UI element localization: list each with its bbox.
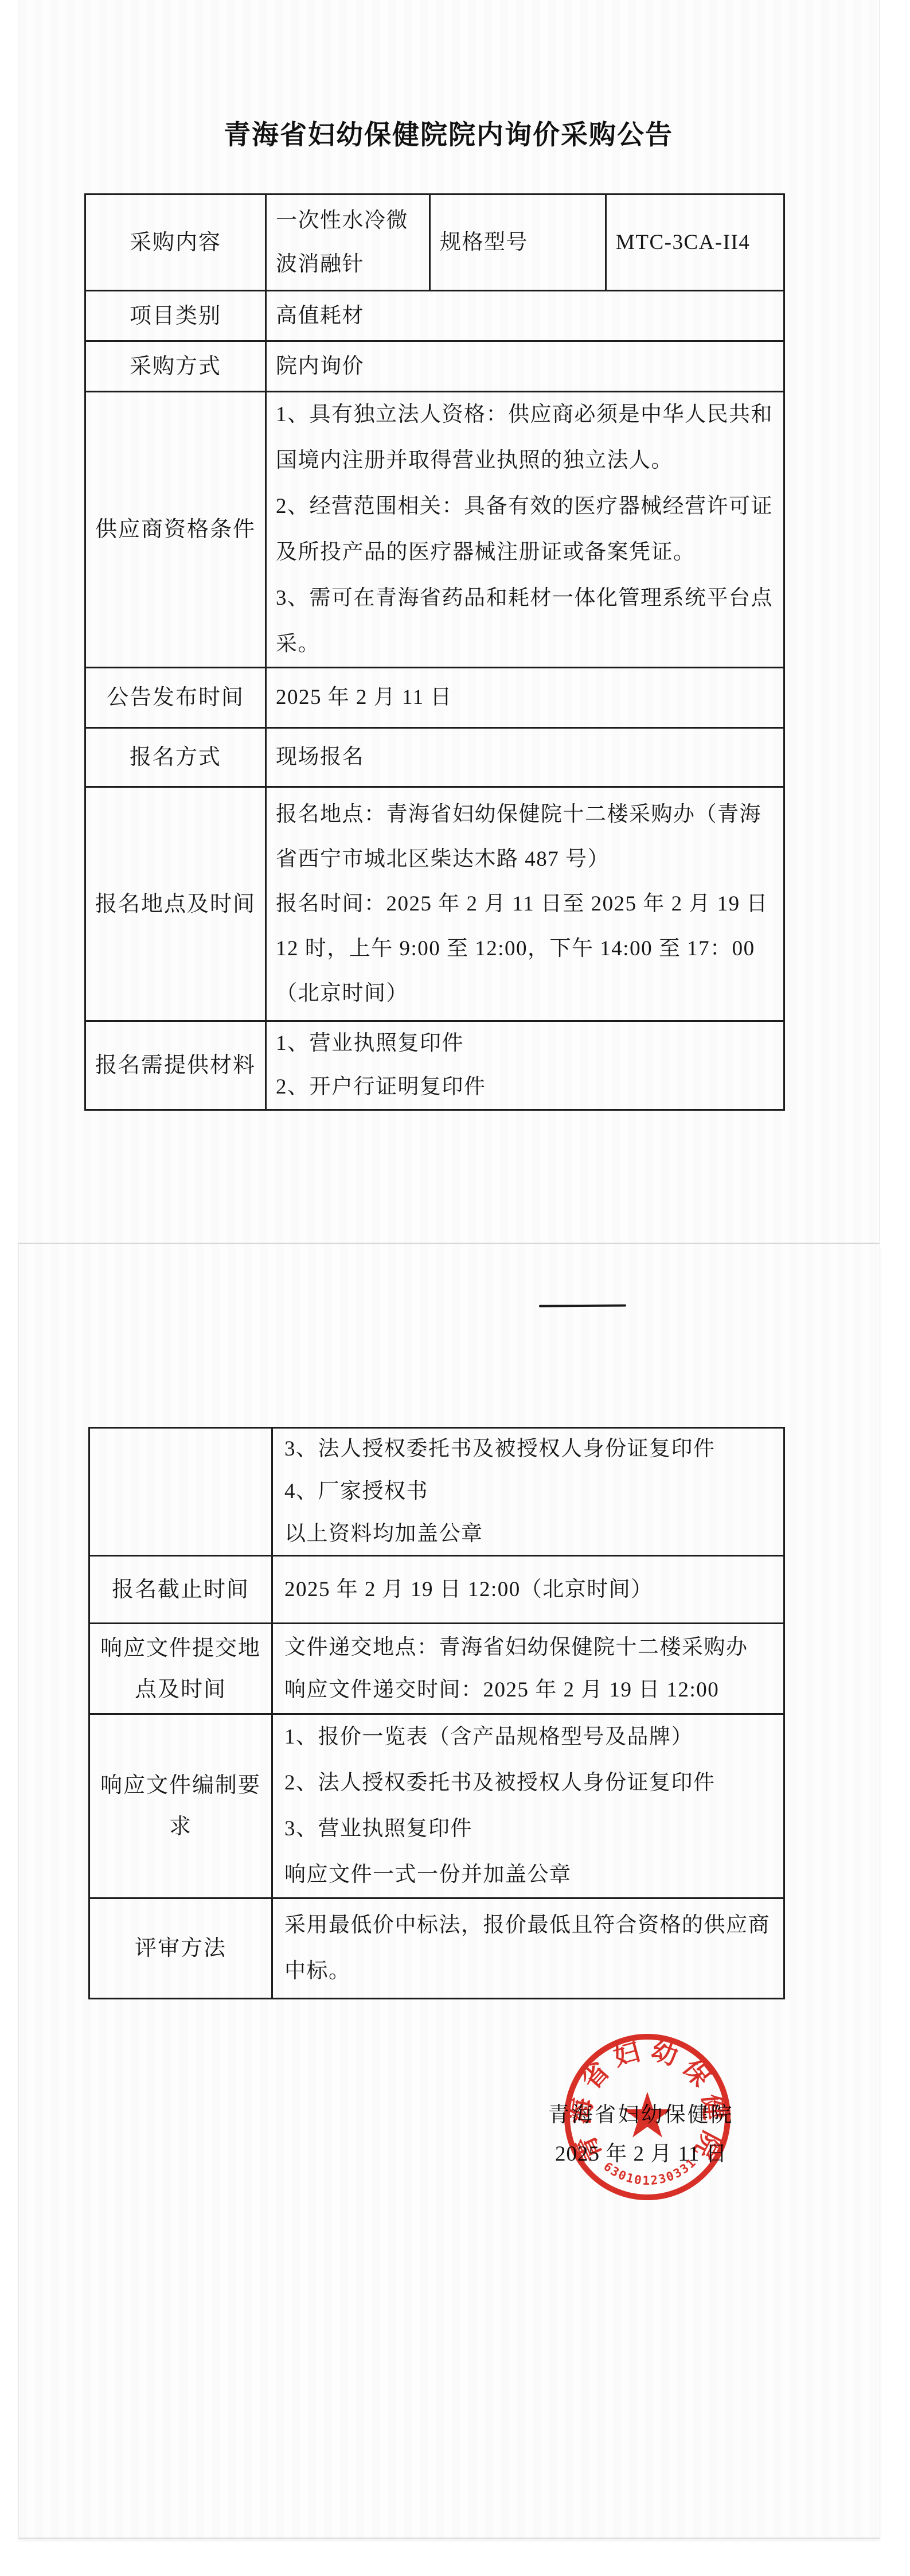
row-value: 采用最低价中标法，报价最低且符合资格的供应商 中标。 (273, 1899, 783, 1998)
row-label: 评审方法 (90, 1899, 273, 1998)
row-value: 3、法人授权委托书及被授权人身份证复印件 4、厂家授权书 以上资料均加盖公章 (273, 1429, 783, 1555)
table-row: 报名需提供材料 1、营业执照复印件 2、开户行证明复印件 (86, 1022, 783, 1109)
row-value: 文件递交地点：青海省妇幼保健院十二楼采购办 响应文件递交时间：2025 年 2 … (273, 1624, 783, 1713)
row-value: 报名地点：青海省妇幼保健院十二楼采购办（青海 省西宁市城北区柴达木路 487 号… (267, 788, 783, 1020)
row-value: 1、报价一览表（含产品规格型号及品牌） 2、法人授权委托书及被授权人身份证复印件… (273, 1715, 783, 1897)
scanned-document-viewport: { "title": "青海省妇幼保健院院内询价采购公告", "p1": { "… (0, 0, 910, 2576)
star-icon (623, 2092, 671, 2138)
row-value: 1、具有独立法人资格：供应商必须是中华人民共和 国境内注册并取得营业执照的独立法… (267, 392, 783, 667)
row-value: 高值耗材 (267, 291, 783, 340)
row-value: 2025 年 2 月 11 日 (267, 668, 783, 727)
row-label: 采购内容 (86, 195, 267, 290)
table-row: 项目类别 高值耗材 (86, 291, 783, 342)
row-label: 供应商资格条件 (86, 392, 267, 667)
row-value: 一次性水冷微 波消融针 (267, 195, 431, 290)
row-label: 报名方式 (86, 729, 267, 786)
table-row: 供应商资格条件 1、具有独立法人资格：供应商必须是中华人民共和 国境内注册并取得… (86, 392, 783, 668)
row-value: 现场报名 (267, 729, 783, 786)
table-row: 响应文件编制要 求 1、报价一览表（含产品规格型号及品牌） 2、法人授权委托书及… (90, 1715, 783, 1899)
row-label: 项目类别 (86, 291, 267, 340)
row-label: 公告发布时间 (86, 668, 267, 727)
official-seal: 青海省妇幼保健院 6301012303310 (561, 2031, 733, 2203)
row-label: 采购方式 (86, 342, 267, 391)
row-label: 响应文件编制要 求 (90, 1715, 273, 1897)
table-row: 报名截止时间 2025 年 2 月 19 日 12:00（北京时间） (90, 1557, 783, 1624)
row-label: 响应文件提交地 点及时间 (90, 1624, 273, 1713)
spec-label-cell: 规格型号 (431, 195, 607, 290)
spec-value-cell: MTC-3CA-II4 (607, 195, 783, 290)
table-row: 报名方式 现场报名 (86, 729, 783, 788)
table-row: 评审方法 采用最低价中标法，报价最低且符合资格的供应商 中标。 (90, 1899, 783, 1998)
table-row: 3、法人授权委托书及被授权人身份证复印件 4、厂家授权书 以上资料均加盖公章 (90, 1429, 783, 1557)
page-title: 青海省妇幼保健院院内询价采购公告 (18, 114, 878, 152)
table-row: 采购内容 一次性水冷微 波消融针 规格型号 MTC-3CA-II4 (86, 195, 783, 291)
table-row: 响应文件提交地 点及时间 文件递交地点：青海省妇幼保健院十二楼采购办 响应文件递… (90, 1624, 783, 1715)
row-label: 报名需提供材料 (86, 1022, 267, 1109)
row-value: 2025 年 2 月 19 日 12:00（北京时间） (273, 1557, 783, 1622)
row-value: 院内询价 (267, 342, 783, 391)
procurement-table-page1: 采购内容 一次性水冷微 波消融针 规格型号 MTC-3CA-II4 项目类别 高… (84, 193, 785, 1111)
table-row: 报名地点及时间 报名地点：青海省妇幼保健院十二楼采购办（青海 省西宁市城北区柴达… (86, 788, 783, 1022)
row-label: 报名地点及时间 (86, 788, 267, 1020)
row-value: 1、营业执照复印件 2、开户行证明复印件 (267, 1022, 783, 1109)
row-label: 报名截止时间 (90, 1557, 273, 1622)
table-row: 采购方式 院内询价 (86, 342, 783, 392)
table-row: 公告发布时间 2025 年 2 月 11 日 (86, 668, 783, 729)
row-label (90, 1429, 273, 1555)
procurement-table-page2: 3、法人授权委托书及被授权人身份证复印件 4、厂家授权书 以上资料均加盖公章 报… (88, 1427, 785, 1999)
